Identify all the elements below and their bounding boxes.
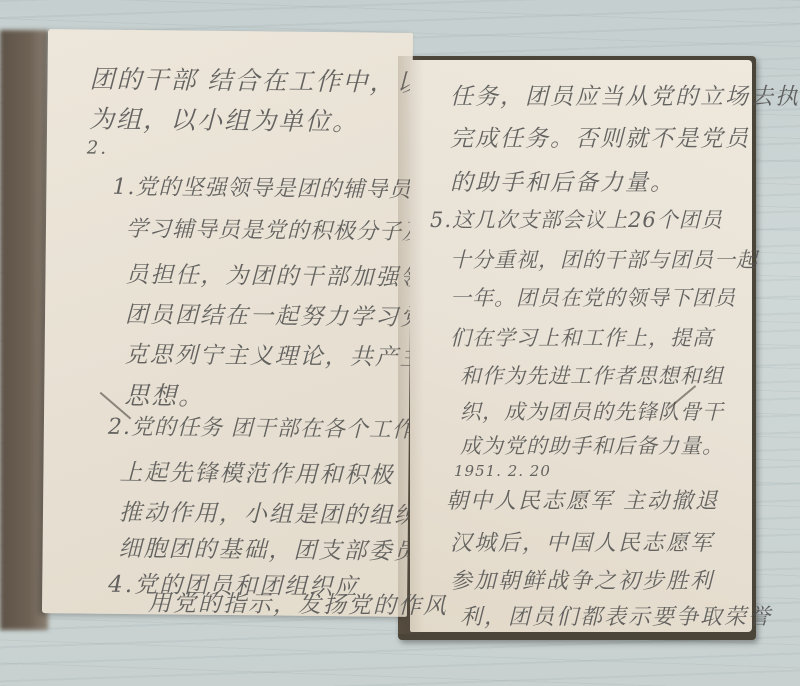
handwritten-line: 利，团员们都表示要争取荣誉 bbox=[460, 600, 772, 631]
handwritten-line: 细胞团的基础，团支部委员会 bbox=[118, 530, 443, 566]
notebook-spine bbox=[398, 56, 424, 634]
handwritten-line: 参加朝鲜战争之初步胜利 bbox=[450, 564, 714, 595]
handwritten-line: 和作为先进工作者思想和组 bbox=[460, 360, 724, 390]
handwritten-line: 们在学习上和工作上，提高 bbox=[450, 322, 714, 352]
handwritten-line: 用党的指示，发扬党的作风 bbox=[148, 584, 448, 620]
handwritten-line: 成为党的助手和后备力量。 bbox=[460, 430, 724, 460]
handwritten-line: 思想。 bbox=[124, 376, 205, 413]
handwritten-line: 的助手和后备力量。 bbox=[450, 164, 675, 197]
handwritten-line: 一年。团员在党的领导下团员 bbox=[450, 282, 736, 312]
handwritten-line: 任务，团员应当从党的立场去执行 bbox=[450, 78, 800, 111]
handwritten-line: 织，成为团员的先锋队骨干 bbox=[460, 396, 724, 426]
date-entry: 1951. 2. 20 bbox=[454, 462, 551, 480]
handwritten-line: 汉城后，中国人民志愿军 bbox=[450, 526, 714, 557]
handwritten-line: 推动作用，小组是团的组织 bbox=[119, 494, 419, 530]
handwritten-line: 为组，以小组为单位。 bbox=[89, 100, 359, 139]
handwritten-line: 上起先锋模范作用和积极 bbox=[119, 454, 394, 490]
shadow-left bbox=[0, 30, 48, 630]
handwritten-line: 十分重视，团的干部与团员一起 bbox=[450, 244, 758, 274]
handwritten-line: 5.这几次支部会议上26个团员 bbox=[430, 204, 723, 234]
handwritten-line: 完成任务。否则就不是党员 bbox=[450, 120, 750, 153]
left-page: 团的干部 结合在工作中，以班级 为组，以小组为单位。 2. 1.党的坚强领导是团… bbox=[42, 29, 413, 617]
right-page: 任务，团员应当从党的立场去执行 完成任务。否则就不是党员 的助手和后备力量。 5… bbox=[410, 60, 752, 632]
handwritten-line: 朝中人民志愿军 主动撤退 bbox=[446, 484, 719, 515]
handwritten-line: 2. bbox=[87, 138, 108, 159]
